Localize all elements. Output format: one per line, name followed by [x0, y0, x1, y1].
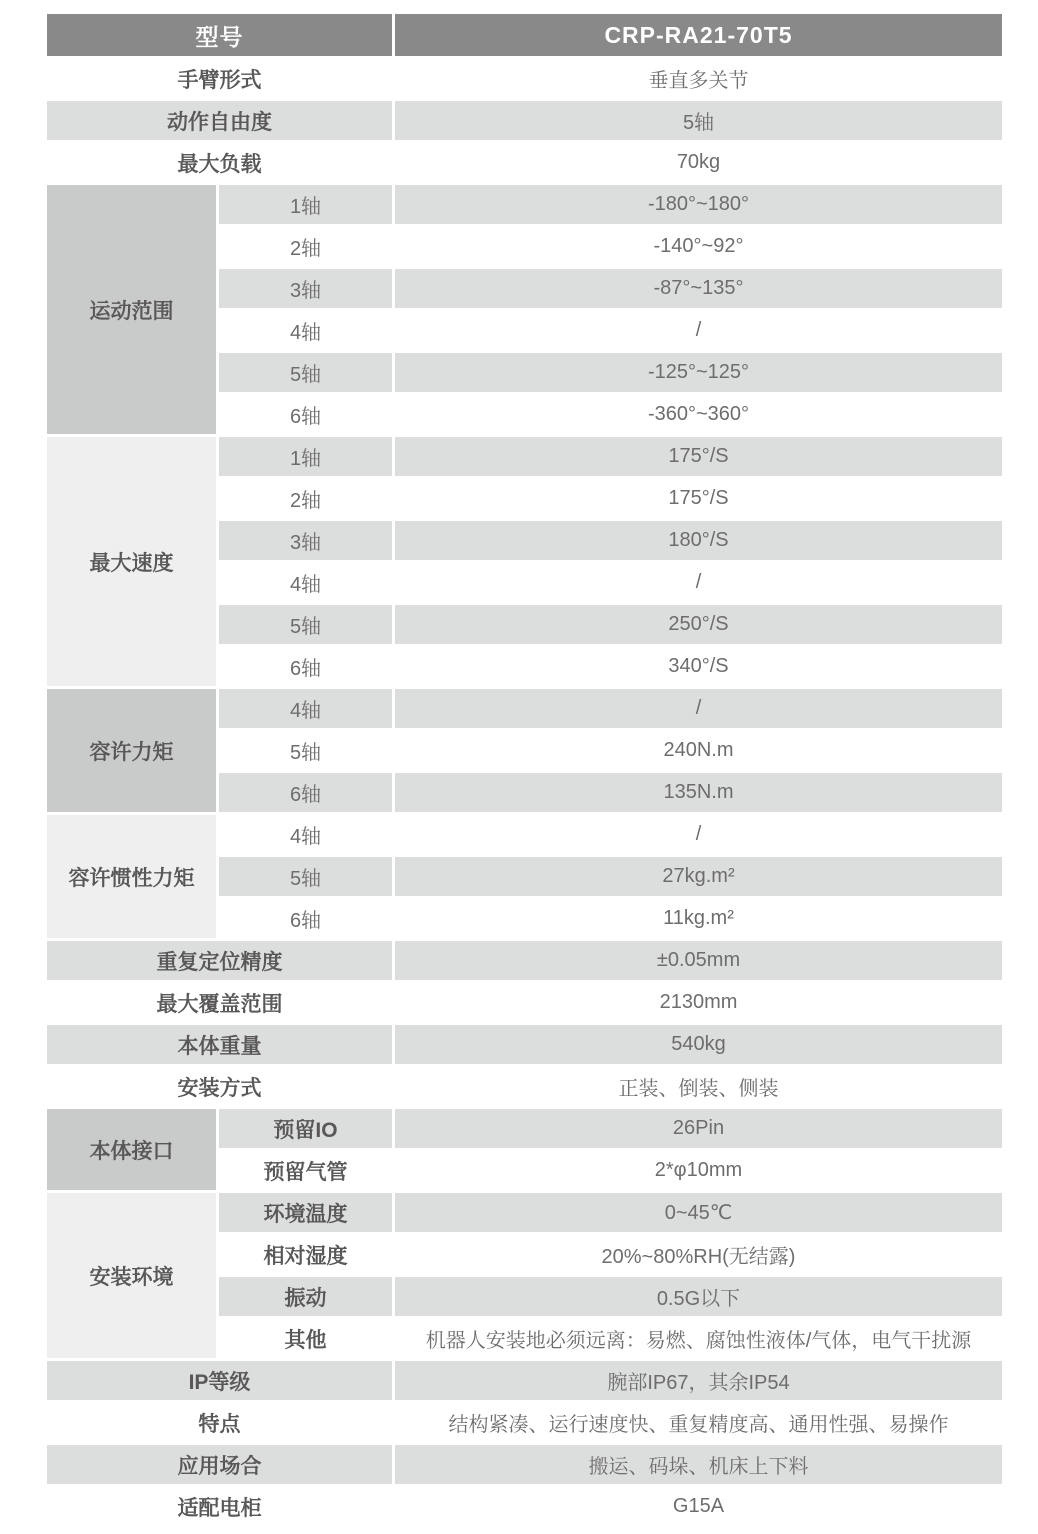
spec-label-cell: 最大负载	[46, 142, 394, 184]
axis-label-cell: 6轴	[218, 646, 394, 688]
spec-label-cell: 最大覆盖范围	[46, 982, 394, 1024]
axis-label-cell: 2轴	[218, 478, 394, 520]
sub-label-cell: 环境温度	[218, 1192, 394, 1234]
group-label-cell: 容许力矩	[46, 688, 218, 814]
axis-label-cell: 2轴	[218, 226, 394, 268]
spec-label-cell: IP等级	[46, 1360, 394, 1402]
spec-value-cell: 175°/S	[394, 478, 1004, 520]
spec-value-cell: ±0.05mm	[394, 940, 1004, 982]
spec-value-cell: 540kg	[394, 1024, 1004, 1066]
axis-label-cell: 4轴	[218, 688, 394, 730]
axis-label-cell: 1轴	[218, 436, 394, 478]
sub-label-cell: 预留IO	[218, 1108, 394, 1150]
spec-value-cell: -87°~135°	[394, 268, 1004, 310]
sub-label-cell: 振动	[218, 1276, 394, 1318]
spec-value-cell: -360°~360°	[394, 394, 1004, 436]
spec-value-cell: -140°~92°	[394, 226, 1004, 268]
spec-value-cell: 250°/S	[394, 604, 1004, 646]
axis-label-cell: 3轴	[218, 520, 394, 562]
spec-value-cell: 2130mm	[394, 982, 1004, 1024]
spec-value-cell: 26Pin	[394, 1108, 1004, 1150]
spec-label-cell: 本体重量	[46, 1024, 394, 1066]
spec-label-cell: 手臂形式	[46, 58, 394, 100]
spec-value-cell: 175°/S	[394, 436, 1004, 478]
spec-value-cell: 2*φ10mm	[394, 1150, 1004, 1192]
axis-label-cell: 4轴	[218, 310, 394, 352]
axis-label-cell: 3轴	[218, 268, 394, 310]
spec-value-cell: 27kg.m²	[394, 856, 1004, 898]
spec-sheet-page: 型号 CRP-RA21-70T5 手臂形式 垂直多关节 动作自由度 5轴 最大负…	[0, 0, 1038, 1534]
spec-value-cell: 0.5G以下	[394, 1276, 1004, 1318]
axis-label-cell: 4轴	[218, 814, 394, 856]
spec-label-cell: 应用场合	[46, 1444, 394, 1486]
axis-label-cell: 5轴	[218, 352, 394, 394]
spec-value-cell: 340°/S	[394, 646, 1004, 688]
spec-label-cell: 特点	[46, 1402, 394, 1444]
spec-value-cell: 135N.m	[394, 772, 1004, 814]
spec-value-cell: 240N.m	[394, 730, 1004, 772]
spec-value-cell: 垂直多关节	[394, 58, 1004, 100]
spec-value-cell: /	[394, 688, 1004, 730]
model-header-label: 型号	[46, 13, 394, 58]
axis-label-cell: 5轴	[218, 604, 394, 646]
sub-label-cell: 预留气管	[218, 1150, 394, 1192]
group-label-cell: 安装环境	[46, 1192, 218, 1360]
axis-label-cell: 6轴	[218, 772, 394, 814]
spec-value-cell: 5轴	[394, 100, 1004, 142]
sub-label-cell: 相对湿度	[218, 1234, 394, 1276]
axis-label-cell: 6轴	[218, 394, 394, 436]
spec-value-cell: /	[394, 814, 1004, 856]
spec-value-cell: 机器人安装地必须远离：易燃、腐蚀性液体/气体，电气干扰源	[394, 1318, 1004, 1360]
spec-value-cell: 搬运、码垛、机床上下料	[394, 1444, 1004, 1486]
sub-label-cell: 其他	[218, 1318, 394, 1360]
spec-value-cell: -180°~180°	[394, 184, 1004, 226]
spec-value-cell: 正装、倒装、侧装	[394, 1066, 1004, 1108]
spec-value-cell: 腕部IP67，其余IP54	[394, 1360, 1004, 1402]
spec-label-cell: 动作自由度	[46, 100, 394, 142]
spec-label-cell: 重复定位精度	[46, 940, 394, 982]
group-label-cell: 最大速度	[46, 436, 218, 688]
spec-value-cell: 结构紧凑、运行速度快、重复精度高、通用性强、易操作	[394, 1402, 1004, 1444]
spec-value-cell: 180°/S	[394, 520, 1004, 562]
spec-value-cell: 0~45℃	[394, 1192, 1004, 1234]
group-label-cell: 运动范围	[46, 184, 218, 436]
axis-label-cell: 5轴	[218, 856, 394, 898]
spec-value-cell: -125°~125°	[394, 352, 1004, 394]
group-label-cell: 本体接口	[46, 1108, 218, 1192]
spec-value-cell: 20%~80%RH(无结露)	[394, 1234, 1004, 1276]
spec-value-cell: /	[394, 562, 1004, 604]
spec-value-cell: /	[394, 310, 1004, 352]
spec-label-cell: 适配电柜	[46, 1486, 394, 1528]
axis-label-cell: 5轴	[218, 730, 394, 772]
axis-label-cell: 1轴	[218, 184, 394, 226]
spec-value-cell: G15A	[394, 1486, 1004, 1528]
spec-label-cell: 安装方式	[46, 1066, 394, 1108]
spec-value-cell: 70kg	[394, 142, 1004, 184]
axis-label-cell: 4轴	[218, 562, 394, 604]
axis-label-cell: 6轴	[218, 898, 394, 940]
spec-value-cell: 11kg.m²	[394, 898, 1004, 940]
spec-table: 型号 CRP-RA21-70T5 手臂形式 垂直多关节 动作自由度 5轴 最大负…	[44, 11, 1005, 1529]
model-header-value: CRP-RA21-70T5	[394, 13, 1004, 58]
group-label-cell: 容许惯性力矩	[46, 814, 218, 940]
